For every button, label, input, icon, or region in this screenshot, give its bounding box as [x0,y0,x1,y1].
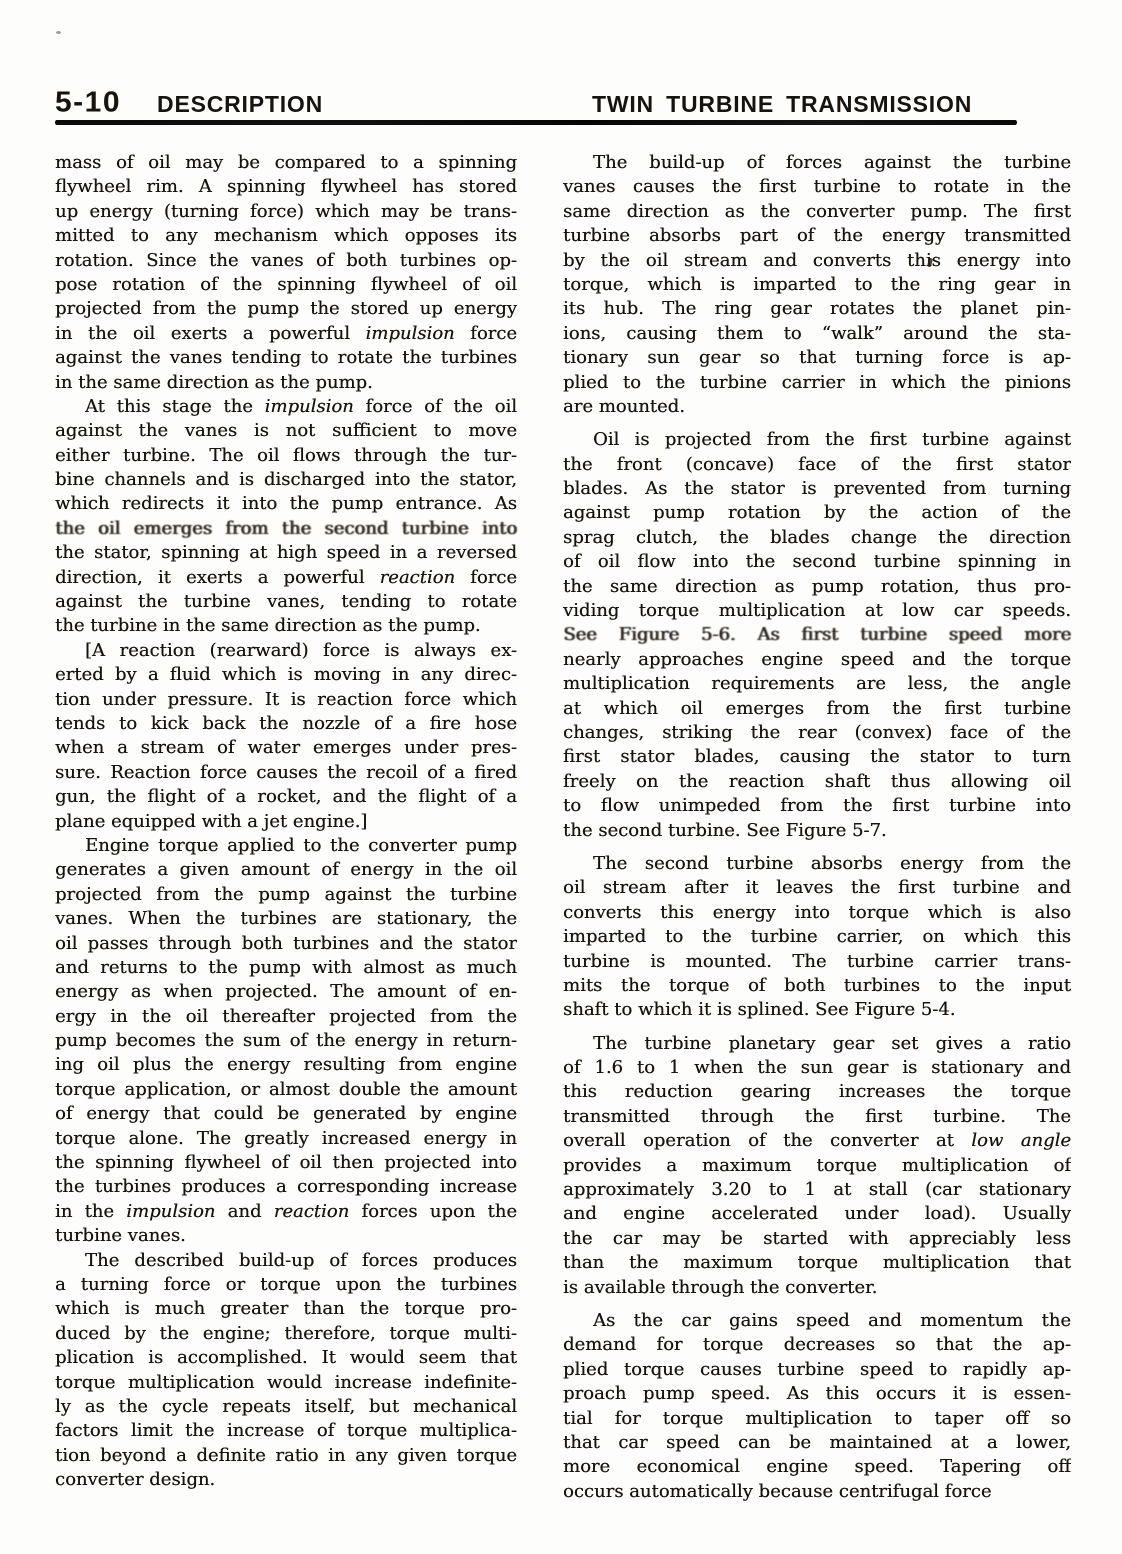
text-run: ergy in the oil thereafter projected fro… [55,1006,517,1027]
text-run: force [455,567,517,588]
text-line: ions, causing them to “walk” around the … [563,322,1071,346]
text-line: proach pump speed. As this occurs it is … [563,1382,1071,1406]
text-run: demand for torque decreases so that the … [563,1334,1071,1355]
text-line: [A reaction (rearward) force is always e… [55,639,517,663]
text-line: Engine torque applied to the converter p… [55,834,517,858]
text-line: turbine vanes. [55,1224,517,1248]
text-run: mits the torque of both turbines to the … [563,975,1071,996]
text-run: The described build-up of forces produce… [85,1250,517,1271]
text-line: oil stream after it leaves the first tur… [563,876,1071,900]
text-line: torque, which is imparted to the ring ge… [563,273,1071,297]
text-line: gun, the flight of a rocket, and the fli… [55,785,517,809]
italic-text: reaction [380,567,456,588]
text-line: approximately 3.20 to 1 at stall (car st… [563,1178,1071,1202]
text-line: occurs automatically because centrifugal… [563,1480,1071,1504]
text-line: plication is accomplished. It would seem… [55,1346,517,1370]
text-line: ly as the cycle repeats itself, but mech… [55,1395,517,1419]
text-run: As the car gains speed and momentum the [593,1310,1071,1331]
text-run: flywheel rim. A spinning flywheel has st… [55,176,517,197]
text-line: pump becomes the sum of the energy in re… [55,1029,517,1053]
text-line: more economical engine speed. Tapering o… [563,1455,1071,1479]
text-line: against the vanes tending to rotate the … [55,346,517,370]
text-line: and engine accelerated under load). Usua… [563,1202,1071,1226]
text-line: mass of oil may be compared to a spinnin… [55,151,517,175]
paragraph: Engine torque applied to the converter p… [55,834,517,1249]
text-line: by the oil stream and converts this ener… [563,249,1071,273]
text-line: the stator, spinning at high speed in a … [55,541,517,565]
text-run: Oil is projected from the first turbine … [593,429,1071,450]
text-run: At this stage the [85,396,265,417]
text-run: viding torque multiplication at low car … [563,600,1071,621]
text-line: direction, it exerts a powerful reaction… [55,566,517,590]
text-run: [A reaction (rearward) force is always e… [85,640,517,661]
text-line: is available through the converter. [563,1276,1071,1300]
page-number: 5-10 [55,87,121,119]
text-line: the turbine in the same direction as the… [55,614,517,638]
text-run: first stator blades, causing the stator … [563,746,1071,767]
text-run: plane equipped with a jet engine.] [55,811,367,832]
text-line: plied torque causes turbine speed to rap… [563,1358,1071,1382]
text-line: in the same direction as the pump. [55,371,517,395]
text-run: the second turbine. See Figure 5-7. [563,820,887,841]
text-line: tion under pressure. It is reaction forc… [55,688,517,712]
text-line: the same direction as pump rotation, thu… [563,575,1071,599]
text-line: erted by a fluid which is moving in any … [55,663,517,687]
text-line: bine channels and is discharged into the… [55,468,517,492]
text-run: plied torque causes turbine speed to rap… [563,1359,1071,1380]
text-run: turbine vanes. [55,1225,186,1246]
text-line: projected from the pump against the turb… [55,883,517,907]
text-run: the spinning flywheel of oil then projec… [55,1152,517,1173]
text-line: of 1.6 to 1 when the sun gear is station… [563,1056,1071,1080]
text-line: that car speed can be maintained at a lo… [563,1431,1071,1455]
text-line: projected from the pump the stored up en… [55,297,517,321]
paragraph: As the car gains speed and momentum thed… [563,1309,1071,1504]
paragraph: Oil is projected from the first turbine … [563,428,1071,843]
text-run: sure. Reaction force causes the recoil o… [55,762,517,783]
text-run: than the maximum torque multiplication t… [563,1252,1071,1273]
text-line: converts this energy into torque which i… [563,901,1071,925]
text-run: occurs automatically because centrifugal… [563,1481,992,1502]
page-header: 5-10 DESCRIPTION TWIN TURBINE TRANSMISSI… [55,86,1073,119]
right-column: The build-up of forces against the turbi… [563,151,1071,1504]
text-run: of 1.6 to 1 when the sun gear is station… [563,1057,1071,1078]
text-run: this reduction gearing increases the tor… [563,1081,1071,1102]
text-run: freely on the reaction shaft thus allowi… [563,771,1071,792]
text-line: plied to the turbine carrier in which th… [563,371,1071,395]
italic-text: low angle [971,1130,1071,1151]
text-line: shaft to which it is splined. See Figure… [563,998,1071,1022]
text-line: turbine is mounted. The turbine carrier … [563,950,1071,974]
text-run: transmitted through the first turbine. T… [563,1106,1071,1127]
text-run: tionary sun gear so that turning force i… [563,347,1071,368]
text-run: when a stream of water emerges under pre… [55,737,517,758]
text-run: sprag clutch, the blades change the dire… [563,527,1071,548]
text-run: of energy that could be generated by eng… [55,1103,517,1124]
text-line: sure. Reaction force causes the recoil o… [55,761,517,785]
text-run: turbine is mounted. The turbine carrier … [563,951,1071,972]
text-run: rotation. Since the vanes of both turbin… [55,250,517,271]
text-line: The turbine planetary gear set gives a r… [563,1032,1071,1056]
text-run: torque application, or almost double the… [55,1079,517,1100]
text-line: torque alone. The greatly increased ener… [55,1127,517,1151]
text-run: overall operation of the converter at [563,1130,971,1151]
text-line: this reduction gearing increases the tor… [563,1080,1071,1104]
text-line: blades. As the stator is prevented from … [563,477,1071,501]
text-line: nearly approaches engine speed and the t… [563,648,1071,672]
paragraph: mass of oil may be compared to a spinnin… [55,151,517,395]
text-line: mitted to any mechanism which opposes it… [55,224,517,248]
text-line: torque multiplication would increase ind… [55,1371,517,1395]
text-run: tial for torque multiplication to taper … [563,1408,1071,1429]
text-run: energy as when projected. The amount of … [55,981,517,1002]
paragraph: [A reaction (rearward) force is always e… [55,639,517,834]
text-run: at which oil emerges from the first turb… [563,698,1071,719]
text-run: and [215,1201,273,1222]
text-line: generates a given amount of energy in th… [55,858,517,882]
text-line: ergy in the oil thereafter projected fro… [55,1005,517,1029]
text-run: the oil emerges from the second turbine … [55,518,517,539]
text-run: its hub. The ring gear rotates the plane… [563,298,1071,319]
text-run: either turbine. The oil flows through th… [55,445,517,466]
text-run: against the turbine vanes, tending to ro… [55,591,517,612]
text-run: changes, striking the rear (convex) face… [563,722,1071,743]
text-run: shaft to which it is splined. See Figure… [563,999,955,1020]
text-run: force of the oil [354,396,517,417]
text-run: gun, the flight of a rocket, and the fli… [55,786,517,807]
text-run: vanes. When the turbines are stationary,… [55,908,517,929]
text-run: direction, it exerts a powerful [55,567,380,588]
text-line: flywheel rim. A spinning flywheel has st… [55,175,517,199]
chapter-title: TWIN TURBINE TRANSMISSION [592,91,972,118]
text-line: converter design. [55,1468,517,1492]
text-run: plication is accomplished. It would seem… [55,1347,517,1368]
text-line: At this stage the impulsion force of the… [55,395,517,419]
text-run: proach pump speed. As this occurs it is … [563,1383,1071,1404]
text-line: turbine absorbs part of the energy trans… [563,224,1071,248]
text-line: The second turbine absorbs energy from t… [563,852,1071,876]
text-line: pose rotation of the spinning flywheel o… [55,273,517,297]
text-run: projected from the pump the stored up en… [55,298,517,319]
text-line: the spinning flywheel of oil then projec… [55,1151,517,1175]
text-run: ions, causing them to “walk” around the … [563,323,1071,344]
text-run: the same direction as pump rotation, thu… [563,576,1071,597]
text-run: torque, which is imparted to the ring ge… [563,274,1071,295]
text-line: sprag clutch, the blades change the dire… [563,526,1071,550]
text-line: See Figure 5-6. As first turbine speed m… [563,623,1071,647]
text-line: The build-up of forces against the turbi… [563,151,1071,175]
text-run: generates a given amount of energy in th… [55,859,517,880]
text-run: which is much greater than the torque pr… [55,1298,517,1319]
text-line: As the car gains speed and momentum the [563,1309,1071,1333]
text-line: ing oil plus the energy resulting from e… [55,1053,517,1077]
text-line: in the impulsion and reaction forces upo… [55,1200,517,1224]
text-run: the stator, spinning at high speed in a … [55,542,517,563]
text-line: vanes. When the turbines are stationary,… [55,907,517,931]
text-run: by the oil stream and converts this ener… [563,250,1071,271]
text-run: vanes causes the first turbine to rotate… [563,176,1071,197]
text-line: plane equipped with a jet engine.] [55,810,517,834]
text-run: The second turbine absorbs energy from t… [593,853,1071,874]
italic-text: impulsion [126,1201,215,1222]
header-rule [55,120,1017,125]
text-run: factors limit the increase of torque mul… [55,1420,517,1441]
text-run: duced by the engine; therefore, torque m… [55,1323,517,1344]
text-line: against the turbine vanes, tending to ro… [55,590,517,614]
text-line: first stator blades, causing the stator … [563,745,1071,769]
text-run: same direction as the converter pump. Th… [563,201,1071,222]
text-line: tends to kick back the nozzle of a fire … [55,712,517,736]
text-run: torque multiplication would increase ind… [55,1372,517,1393]
text-run: a turning force or torque upon the turbi… [55,1274,517,1295]
text-line: Oil is projected from the first turbine … [563,428,1071,452]
scan-speck [56,31,61,34]
text-run: converter design. [55,1469,215,1490]
text-run: in the same direction as the pump. [55,372,373,393]
text-line: which redirects it into the pump entranc… [55,492,517,516]
text-line: imparted to the turbine carrier, on whic… [563,925,1071,949]
text-run: is available through the converter. [563,1277,877,1298]
text-line: viding torque multiplication at low car … [563,599,1071,623]
text-line: against pump rotation by the action of t… [563,501,1071,525]
text-line: tion beyond a definite ratio in any give… [55,1444,517,1468]
text-run: plied to the turbine carrier in which th… [563,372,1071,393]
text-run: tion beyond a definite ratio in any give… [55,1445,517,1466]
text-run: bine channels and is discharged into the… [55,469,517,490]
text-run: torque alone. The greatly increased ener… [55,1128,517,1149]
manual-page: 5-10 DESCRIPTION TWIN TURBINE TRANSMISSI… [0,0,1122,1554]
text-line: which is much greater than the torque pr… [55,1297,517,1321]
text-line: up energy (turning force) which may be t… [55,200,517,224]
text-line: of energy that could be generated by eng… [55,1102,517,1126]
text-run: are mounted. [563,396,685,417]
text-line: its hub. The ring gear rotates the plane… [563,297,1071,321]
paragraph: The second turbine absorbs energy from t… [563,852,1071,1023]
text-run: erted by a fluid which is moving in any … [55,664,517,685]
text-run: the front (concave) face of the first st… [563,454,1071,475]
paragraph: The build-up of forces against the turbi… [563,151,1071,419]
text-line: vanes causes the first turbine to rotate… [563,175,1071,199]
text-run: against the vanes is not sufficient to m… [55,420,517,441]
text-line: torque application, or almost double the… [55,1078,517,1102]
text-run: nearly approaches engine speed and the t… [563,649,1071,670]
text-run: that car speed can be maintained at a lo… [563,1432,1071,1453]
text-line: when a stream of water emerges under pre… [55,736,517,760]
text-run: pose rotation of the spinning flywheel o… [55,274,517,295]
text-run: projected from the pump against the turb… [55,884,517,905]
text-run: ing oil plus the energy resulting from e… [55,1054,517,1075]
text-line: demand for torque decreases so that the … [563,1333,1071,1357]
italic-text: impulsion [265,396,354,417]
left-column: mass of oil may be compared to a spinnin… [55,151,517,1504]
text-line: the oil emerges from the second turbine … [55,517,517,541]
text-run: tion under pressure. It is reaction forc… [55,689,517,710]
text-run: against pump rotation by the action of t… [563,502,1071,523]
text-line: tial for torque multiplication to taper … [563,1407,1071,1431]
text-run: the car may be started with appreciably … [563,1228,1071,1249]
section-title: DESCRIPTION [157,91,323,118]
text-line: the turbines produces a corresponding in… [55,1175,517,1199]
text-run: to flow unimpeded from the first turbine… [563,795,1071,816]
text-line: overall operation of the converter at lo… [563,1129,1071,1153]
text-line: at which oil emerges from the first turb… [563,697,1071,721]
text-line: mits the torque of both turbines to the … [563,974,1071,998]
text-run: of oil flow into the second turbine spin… [563,551,1071,572]
text-run: Engine torque applied to the converter p… [85,835,517,856]
text-run: and returns to the pump with almost as m… [55,957,517,978]
text-run: against the vanes tending to rotate the … [55,347,517,368]
text-run: the turbine in the same direction as the… [55,615,481,636]
text-run: pump becomes the sum of the energy in re… [55,1030,517,1051]
text-run: turbine absorbs part of the energy trans… [563,225,1071,246]
text-line: against the vanes is not sufficient to m… [55,419,517,443]
text-run: multiplication requirements are less, th… [563,673,1071,694]
text-run: forces upon the [349,1201,517,1222]
text-line: a turning force or torque upon the turbi… [55,1273,517,1297]
paragraph: At this stage the impulsion force of the… [55,395,517,639]
text-line: the second turbine. See Figure 5-7. [563,819,1071,843]
italic-text: reaction [274,1201,350,1222]
text-line: transmitted through the first turbine. T… [563,1105,1071,1129]
text-line: provides a maximum torque multiplication… [563,1154,1071,1178]
paragraph: The described build-up of forces produce… [55,1249,517,1493]
text-run: the turbines produces a corresponding in… [55,1176,517,1197]
text-run: The build-up of forces against the turbi… [593,152,1071,173]
text-line: to flow unimpeded from the first turbine… [563,794,1071,818]
text-run: See Figure 5-6. As first turbine speed m… [563,624,1071,645]
text-run: imparted to the turbine carrier, on whic… [563,926,1071,947]
text-line: are mounted. [563,395,1071,419]
text-run: oil stream after it leaves the first tur… [563,877,1071,898]
text-run: blades. As the stator is prevented from … [563,478,1071,499]
text-run: in the [55,1201,126,1222]
text-line: of oil flow into the second turbine spin… [563,550,1071,574]
text-line: and returns to the pump with almost as m… [55,956,517,980]
text-run: mitted to any mechanism which opposes it… [55,225,517,246]
text-run: which redirects it into the pump entranc… [55,493,517,514]
text-run: ly as the cycle repeats itself, but mech… [55,1396,517,1417]
text-line: The described build-up of forces produce… [55,1249,517,1273]
text-line: energy as when projected. The amount of … [55,980,517,1004]
text-line: either turbine. The oil flows through th… [55,444,517,468]
text-run: in the oil exerts a powerful [55,323,366,344]
text-columns: mass of oil may be compared to a spinnin… [55,151,1073,1504]
text-run: approximately 3.20 to 1 at stall (car st… [563,1179,1071,1200]
italic-text: impulsion [366,323,455,344]
text-line: rotation. Since the vanes of both turbin… [55,249,517,273]
text-line: tionary sun gear so that turning force i… [563,346,1071,370]
text-run: up energy (turning force) which may be t… [55,201,517,222]
text-line: freely on the reaction shaft thus allowi… [563,770,1071,794]
text-line: the front (concave) face of the first st… [563,453,1071,477]
text-line: than the maximum torque multiplication t… [563,1251,1071,1275]
text-run: tends to kick back the nozzle of a fire … [55,713,517,734]
text-line: the car may be started with appreciably … [563,1227,1071,1251]
text-line: same direction as the converter pump. Th… [563,200,1071,224]
paragraph: The turbine planetary gear set gives a r… [563,1032,1071,1300]
text-line: oil passes through both turbines and the… [55,932,517,956]
text-line: duced by the engine; therefore, torque m… [55,1322,517,1346]
text-line: in the oil exerts a powerful impulsion f… [55,322,517,346]
text-run: force [455,323,517,344]
text-line: factors limit the increase of torque mul… [55,1419,517,1443]
text-run: and engine accelerated under load). Usua… [563,1203,1071,1224]
text-line: multiplication requirements are less, th… [563,672,1071,696]
text-run: The turbine planetary gear set gives a r… [593,1033,1071,1054]
text-run: converts this energy into torque which i… [563,902,1071,923]
text-run: mass of oil may be compared to a spinnin… [55,152,517,173]
text-line: changes, striking the rear (convex) face… [563,721,1071,745]
text-run: more economical engine speed. Tapering o… [563,1456,1071,1477]
text-run: provides a maximum torque multiplication… [563,1155,1071,1176]
text-run: oil passes through both turbines and the… [55,933,517,954]
